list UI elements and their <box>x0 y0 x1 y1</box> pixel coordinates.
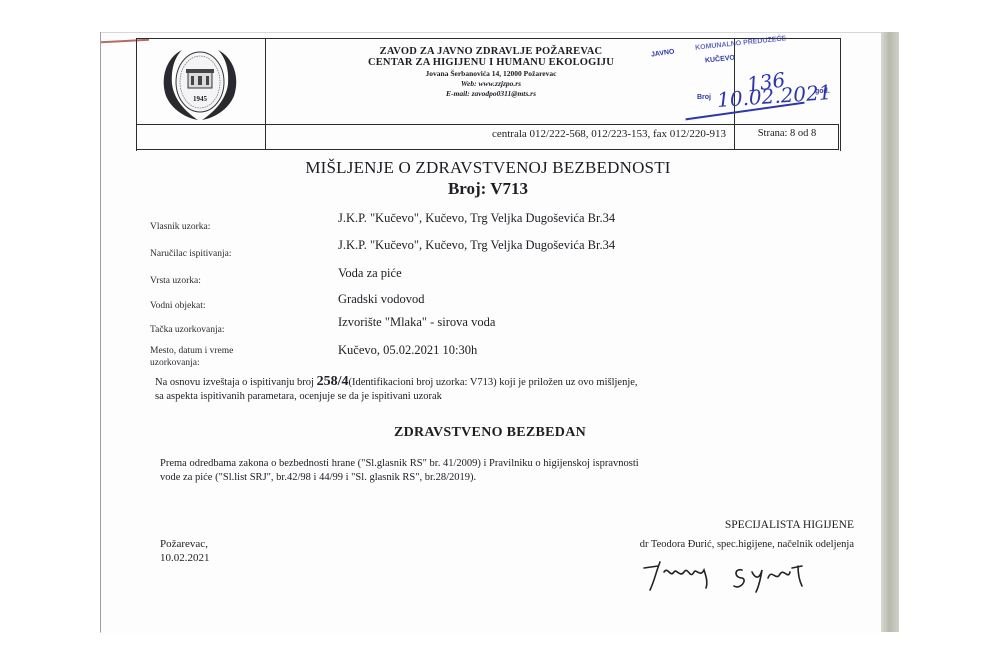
paper-left-edge <box>100 32 101 632</box>
institute-web: Web: www.zzjzpo.rs <box>326 79 656 89</box>
legal-text: Prema odredbama zakona o bezbednosti hra… <box>160 458 639 469</box>
document-title: MIŠLJENJE O ZDRAVSTVENOJ BEZBEDNOSTI <box>258 158 718 178</box>
legal-text: vode za piće ("Sl.list SRJ", br.42/98 i … <box>160 472 476 483</box>
institute-email: E-mail: zavodpo0311@mts.rs <box>326 89 656 99</box>
verdict: ZDRAVSTVENO BEZBEDAN <box>290 425 690 441</box>
opinion-paragraph: Na osnovu izveštaja o ispitivanju broj 2… <box>155 375 875 404</box>
report-number: 258/4 <box>317 374 349 389</box>
document-number: Broj: V713 <box>258 179 718 199</box>
field-label: Naručilac ispitivanja: <box>150 248 232 260</box>
institute-name: ZAVOD ZA JAVNO ZDRAVLJE POŽAREVAC <box>326 46 656 57</box>
field-label: Mesto, datum i vreme <box>150 345 233 357</box>
institute-block: ZAVOD ZA JAVNO ZDRAVLJE POŽAREVAC CENTAR… <box>326 46 656 99</box>
field-value: Kučevo, 05.02.2021 10:30h <box>338 343 477 358</box>
svg-text:1945: 1945 <box>193 95 208 103</box>
page-number: Strana: 8 od 8 <box>736 128 838 139</box>
opinion-text: sa aspekta ispitivanih parametara, ocenj… <box>155 391 442 402</box>
field-label: uzorkovanja: <box>150 357 200 369</box>
field-value: Gradski vodovod <box>338 292 424 307</box>
field-value: J.K.P. "Kučevo", Kučevo, Trg Veljka Dugo… <box>338 238 615 253</box>
field-label: Vrsta uzorka: <box>150 275 201 287</box>
field-value: J.K.P. "Kučevo", Kučevo, Trg Veljka Dugo… <box>338 211 615 226</box>
opinion-text: (Identifikacioni broj uzorka: V713) koji… <box>348 377 637 388</box>
header-divider-left <box>265 38 266 150</box>
registry-stamp: JAVNO KOMUNALNO PREDUZEĆE KUČEVO 136 Bro… <box>645 36 845 108</box>
institute-logo-icon: 1945 <box>152 44 248 122</box>
contact-phones: centrala 012/222-568, 012/223-153, fax 0… <box>268 128 732 140</box>
paper-edge-shadow <box>881 32 899 632</box>
center-name: CENTAR ZA HIGIJENU I HUMANU EKOLOGIJU <box>326 57 656 68</box>
issue-date: 10.02.2021 <box>160 552 210 564</box>
issue-place: Požarevac, <box>160 538 208 550</box>
signatory-title: SPECIJALISTA HIGIJENE <box>500 519 854 531</box>
stamp-broj-label: Broj <box>697 94 711 101</box>
stamp-text: KUČEVO <box>705 54 736 64</box>
signatory-name: dr Teodora Đurić, spec.higijene, načelni… <box>500 539 854 550</box>
field-label: Tačka uzorkovanja: <box>150 324 225 336</box>
field-value: Voda za piće <box>338 266 402 281</box>
institute-address: Jovana Šerbanovića 14, 12000 Požarevac <box>326 68 656 79</box>
place-date: Požarevac, 10.02.2021 <box>160 537 210 565</box>
field-value: Izvorište "Mlaka" - sirova voda <box>338 315 495 330</box>
handwritten-signature-icon <box>630 556 860 596</box>
opinion-text: Na osnovu izveštaja o ispitivanju broj <box>155 377 317 388</box>
stamp-text: JAVNO <box>651 48 675 58</box>
stamp-text: KOMUNALNO PREDUZEĆE <box>695 35 787 52</box>
stamp-year-suffix: god. <box>815 88 830 95</box>
field-label: Vlasnik uzorka: <box>150 221 210 233</box>
legal-basis-paragraph: Prema odredbama zakona o bezbednosti hra… <box>160 457 880 485</box>
field-label: Vodni objekat: <box>150 300 206 312</box>
